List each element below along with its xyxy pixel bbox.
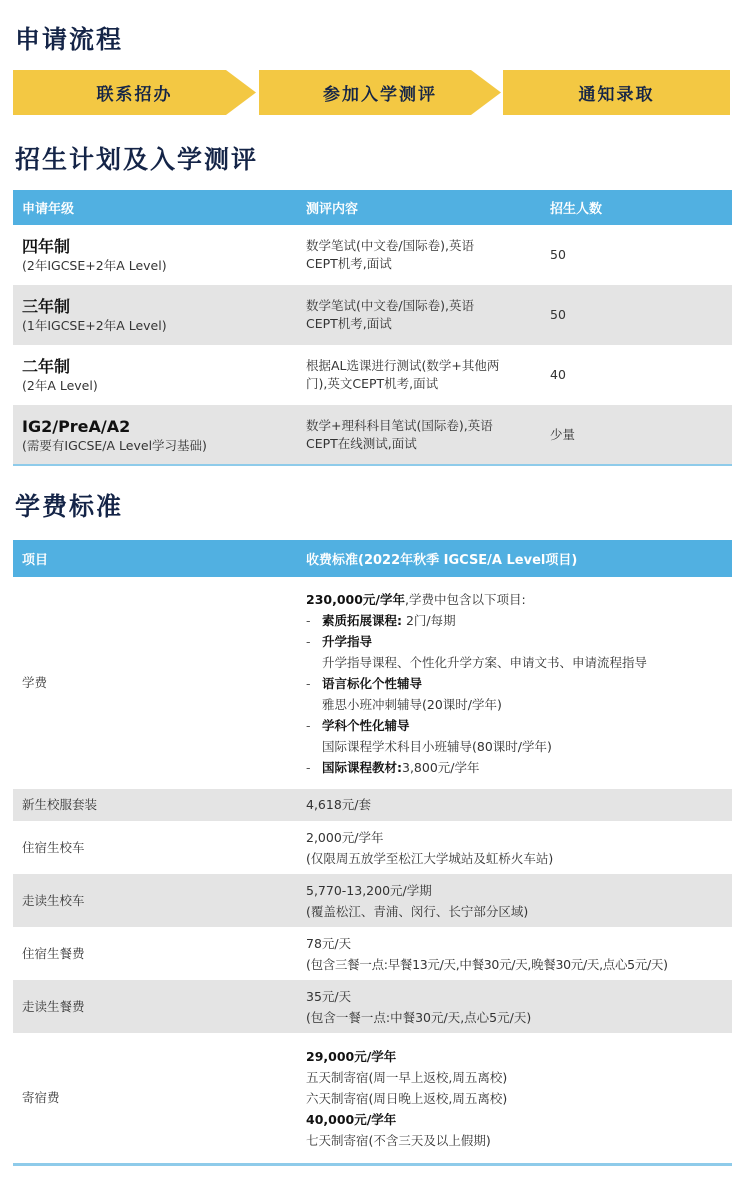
fee-value: 35元/天 [306, 986, 732, 1007]
fee-value: 78元/天 [306, 933, 732, 954]
table-row: 四年制 (2年IGCSE+2年A Level) 数学笔试(中文卷/国际卷),英语… [13, 225, 732, 285]
assessment-line: 根据AL选课进行测试(数学+其他两 [306, 357, 541, 375]
bullet-dash: - [306, 715, 322, 736]
entry-title: 升学指导 [322, 631, 372, 652]
assessment-cell: 数学笔试(中文卷/国际卷),英语 CEPT机考,面试 [297, 225, 541, 285]
grade-note: (1年IGCSE+2年A Level) [22, 317, 297, 334]
grade-note: (需要有IGCSE/A Level学习基础) [22, 437, 297, 454]
step-label: 参加入学测评 [323, 80, 437, 105]
entry-title: 学科个性化辅导 [322, 715, 410, 736]
step-label: 联系招办 [97, 80, 173, 105]
fee-item: 走读生校车 [13, 874, 297, 927]
assessment-line: CEPT机考,面试 [306, 255, 541, 273]
fee-table: 项目 收费标准(2022年秋季 IGCSE/A Level项目) 学费 230,… [13, 540, 732, 1163]
fee-value-cell: 78元/天 (包含三餐一点:早餐13元/天,中餐30元/天,晚餐30元/天,点心… [297, 927, 732, 980]
table-row: IG2/PreA/A2 (需要有IGCSE/A Level学习基础) 数学+理科… [13, 405, 732, 465]
fee-value-cell: 2,000元/学年 (仅限周五放学至松江大学城站及虹桥火车站) [297, 821, 732, 874]
fee-table-bottom-rule [13, 1163, 732, 1166]
process-section-title: 申请流程 [15, 20, 123, 56]
tuition-entry: -学科个性化辅导 [306, 715, 732, 736]
assessment-line: CEPT机考,面试 [306, 315, 541, 333]
enrollment-count: 40 [541, 345, 732, 405]
grade-cell: 四年制 (2年IGCSE+2年A Level) [13, 225, 297, 285]
table-row: 三年制 (1年IGCSE+2年A Level) 数学笔试(中文卷/国际卷),英语… [13, 285, 732, 345]
assessment-cell: 根据AL选课进行测试(数学+其他两 门),英文CEPT机考,面试 [297, 345, 541, 405]
fee-note: (包含一餐一点:中餐30元/天,点心5元/天) [306, 1007, 732, 1028]
fee-item: 学费 [13, 577, 297, 789]
tuition-entry: -国际课程教材:3,800元/学年 [306, 757, 732, 778]
fee-item: 走读生餐费 [13, 980, 297, 1033]
process-steps: 联系招办 参加入学测评 通知录取 [13, 70, 730, 115]
grade-cell: 三年制 (1年IGCSE+2年A Level) [13, 285, 297, 345]
table-row-boarding: 寄宿费 29,000元/学年 五天制寄宿(周一早上返校,周五离校) 六天制寄宿(… [13, 1033, 732, 1163]
column-header-item: 项目 [13, 540, 297, 577]
entry-title: 语言标化个性辅导 [322, 673, 422, 694]
assessment-line: CEPT在线测试,面试 [306, 435, 541, 453]
table-row-boarder-bus: 住宿生校车 2,000元/学年 (仅限周五放学至松江大学城站及虹桥火车站) [13, 821, 732, 874]
fees-section-title: 学费标准 [15, 487, 123, 523]
grade-name: IG2/PreA/A2 [22, 417, 297, 437]
plan-table-bottom-rule [13, 464, 732, 466]
boarding-option: 五天制寄宿(周一早上返校,周五离校) [306, 1067, 732, 1088]
column-header-fee-standard: 收费标准(2022年秋季 IGCSE/A Level项目) [297, 540, 732, 577]
grade-cell: 二年制 (2年A Level) [13, 345, 297, 405]
enrollment-count: 50 [541, 285, 732, 345]
tuition-amount-suffix: ,学费中包含以下项目: [405, 592, 526, 607]
boarding-detail-cell: 29,000元/学年 五天制寄宿(周一早上返校,周五离校) 六天制寄宿(周日晚上… [297, 1033, 732, 1163]
bullet-dash: - [306, 631, 322, 652]
table-header-row: 项目 收费标准(2022年秋季 IGCSE/A Level项目) [13, 540, 732, 577]
enrollment-count: 50 [541, 225, 732, 285]
column-header-enrollment: 招生人数 [541, 190, 732, 225]
table-row-tuition: 学费 230,000元/学年,学费中包含以下项目: -素质拓展课程: 2门/每期… [13, 577, 732, 789]
column-header-grade: 申请年级 [13, 190, 297, 225]
tuition-entry: -语言标化个性辅导 [306, 673, 732, 694]
bullet-dash: - [306, 673, 322, 694]
fee-value: 4,618元/套 [297, 789, 732, 821]
table-row-day-student-bus: 走读生校车 5,770-13,200元/学期 (覆盖松江、青浦、闵行、长宁部分区… [13, 874, 732, 927]
grade-note: (2年A Level) [22, 377, 297, 394]
tuition-entry: -素质拓展课程: 2门/每期 [306, 610, 732, 631]
tuition-amount-line: 230,000元/学年,学费中包含以下项目: [306, 589, 732, 610]
fee-value-cell: 5,770-13,200元/学期 (覆盖松江、青浦、闵行、长宁部分区域) [297, 874, 732, 927]
fee-value: 2,000元/学年 [306, 827, 732, 848]
tuition-detail-cell: 230,000元/学年,学费中包含以下项目: -素质拓展课程: 2门/每期 -升… [297, 577, 732, 789]
table-header-row: 申请年级 测评内容 招生人数 [13, 190, 732, 225]
bullet-dash: - [306, 610, 322, 631]
step-entrance-assessment: 参加入学测评 [259, 70, 501, 115]
boarding-option: 七天制寄宿(不含三天及以上假期) [306, 1130, 732, 1151]
step-label: 通知录取 [579, 80, 655, 105]
fee-value: 5,770-13,200元/学期 [306, 880, 732, 901]
fee-item: 住宿生校车 [13, 821, 297, 874]
grade-name: 三年制 [22, 297, 297, 317]
fee-item: 新生校服套装 [13, 789, 297, 821]
boarding-price: 40,000元/学年 [306, 1109, 732, 1130]
step-contact-admissions: 联系招办 [13, 70, 256, 115]
assessment-line: 门),英文CEPT机考,面试 [306, 375, 541, 393]
assessment-line: 数学笔试(中文卷/国际卷),英语 [306, 297, 541, 315]
entry-detail: 雅思小班冲刺辅导(20课时/学年) [306, 694, 732, 715]
boarding-price: 29,000元/学年 [306, 1046, 732, 1067]
fee-value-cell: 35元/天 (包含一餐一点:中餐30元/天,点心5元/天) [297, 980, 732, 1033]
grade-name: 四年制 [22, 237, 297, 257]
entry-title: 国际课程教材: [322, 760, 402, 775]
entry-detail: 升学指导课程、个性化升学方案、申请文书、申请流程指导 [306, 652, 732, 673]
plan-section-title: 招生计划及入学测评 [15, 140, 258, 176]
step-admission-notice: 通知录取 [503, 70, 730, 115]
table-row-boarder-meals: 住宿生餐费 78元/天 (包含三餐一点:早餐13元/天,中餐30元/天,晚餐30… [13, 927, 732, 980]
fee-note: (仅限周五放学至松江大学城站及虹桥火车站) [306, 848, 732, 869]
table-row-day-student-meals: 走读生餐费 35元/天 (包含一餐一点:中餐30元/天,点心5元/天) [13, 980, 732, 1033]
assessment-line: 数学笔试(中文卷/国际卷),英语 [306, 237, 541, 255]
column-header-assessment: 测评内容 [297, 190, 541, 225]
grade-cell: IG2/PreA/A2 (需要有IGCSE/A Level学习基础) [13, 405, 297, 465]
table-row: 二年制 (2年A Level) 根据AL选课进行测试(数学+其他两 门),英文C… [13, 345, 732, 405]
fee-item: 住宿生餐费 [13, 927, 297, 980]
fee-item: 寄宿费 [13, 1033, 297, 1163]
assessment-cell: 数学+理科科目笔试(国际卷),英语 CEPT在线测试,面试 [297, 405, 541, 465]
tuition-entry: -升学指导 [306, 631, 732, 652]
boarding-option: 六天制寄宿(周日晚上返校,周五离校) [306, 1088, 732, 1109]
grade-note: (2年IGCSE+2年A Level) [22, 257, 297, 274]
tuition-amount: 230,000元/学年 [306, 592, 405, 607]
admission-plan-table: 申请年级 测评内容 招生人数 四年制 (2年IGCSE+2年A Level) 数… [13, 190, 732, 465]
fee-note: (包含三餐一点:早餐13元/天,中餐30元/天,晚餐30元/天,点心5元/天) [306, 954, 732, 975]
entry-inline: 2门/每期 [402, 613, 456, 628]
entry-detail: 国际课程学术科目小班辅导(80课时/学年) [306, 736, 732, 757]
entry-inline: 3,800元/学年 [402, 760, 480, 775]
table-row-uniform: 新生校服套装 4,618元/套 [13, 789, 732, 821]
bullet-dash: - [306, 757, 322, 778]
enrollment-count: 少量 [541, 405, 732, 465]
grade-name: 二年制 [22, 357, 297, 377]
assessment-cell: 数学笔试(中文卷/国际卷),英语 CEPT机考,面试 [297, 285, 541, 345]
entry-title: 素质拓展课程: [322, 613, 402, 628]
fee-note: (覆盖松江、青浦、闵行、长宁部分区域) [306, 901, 732, 922]
assessment-line: 数学+理科科目笔试(国际卷),英语 [306, 417, 541, 435]
